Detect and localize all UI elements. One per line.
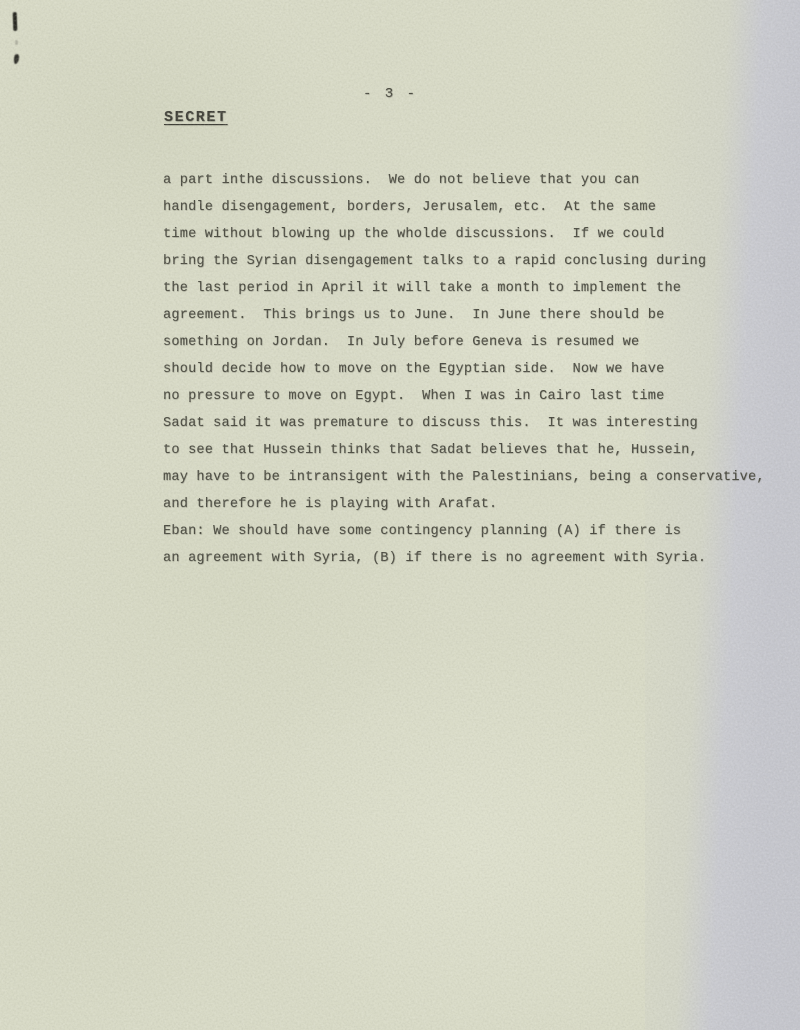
body-line: the last period in April it will take a … [163, 275, 793, 302]
body-line: agreement. This brings us to June. In Ju… [163, 302, 793, 329]
body-line: should decide how to move on the Egyptia… [163, 356, 793, 383]
body-line: may have to be intransigent with the Pal… [163, 464, 793, 491]
ink-mark-bar [13, 12, 18, 31]
ink-mark-dot [15, 40, 18, 45]
scanned-document-page: - 3 - SECRET a part inthe discussions. W… [0, 0, 800, 1030]
body-line: Sadat said it was premature to discuss t… [163, 410, 793, 437]
page-number: - 3 - [363, 86, 418, 102]
body-line: to see that Hussein thinks that Sadat be… [163, 437, 793, 464]
body-line: bring the Syrian disengagement talks to … [163, 248, 793, 275]
classification-marking: SECRET [164, 109, 228, 126]
body-line: an agreement with Syria, (B) if there is… [163, 545, 793, 572]
ink-mark-comma [13, 54, 19, 64]
body-line: and therefore he is playing with Arafat. [163, 491, 793, 518]
body-line: something on Jordan. In July before Gene… [163, 329, 793, 356]
body-line: no pressure to move on Egypt. When I was… [163, 383, 793, 410]
body-line: handle disengagement, borders, Jerusalem… [163, 194, 793, 221]
body-line: Eban: We should have some contingency pl… [163, 518, 793, 545]
typewritten-body: a part inthe discussions. We do not beli… [163, 167, 793, 572]
body-line: a part inthe discussions. We do not beli… [163, 167, 793, 194]
body-line: time without blowing up the wholde discu… [163, 221, 793, 248]
